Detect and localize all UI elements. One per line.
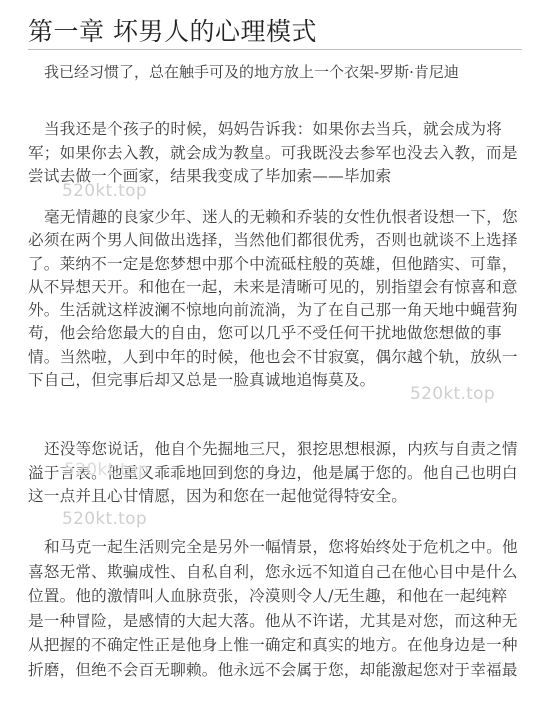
watermark-text: 520kt.top [62,509,147,529]
paragraph-line: 尝试去做一个画家，结果我变成了毕加索——毕加索 [28,165,518,189]
chapter-epigraph: 我已经习惯了，总在触手可及的地方放上一个衣架-罗斯·肯尼迪 [28,60,522,84]
paragraph-line: 溢于言表。他重又乖乖地回到您的身边，他是属于您的。他自己也明白 [28,462,518,486]
paragraph-line: 和马克一起生活则完全是另外一幅情景，您将始终处于危机之中。他 [28,536,518,561]
chapter-page: 第一章 坏男人的心理模式 我已经习惯了，总在触手可及的地方放上一个衣架-罗斯·肯… [28,0,522,84]
paragraph-line: 军；如果你去入教，就会成为教皇。可我既没去参军也没去入教，而是 [28,142,518,166]
paragraph-line: 这一点并且心甘情愿，因为和您在一起他觉得特安全。 [28,485,518,509]
paragraph-line: 从不异想天开。和他在一起，未来是清晰可见的，别指望会有惊喜和意 [28,276,518,299]
paragraph-line: 喜怒无常、欺骗成性、自私自利，您永远不知道自己在他心目中是什么 [28,561,518,586]
paragraph-2: 毫无情趣的良家少年、迷人的无赖和乔装的女性仇恨者设想一下，您 必须在两个男人间做… [28,206,518,392]
paragraph-line: 下自己，但完事后却又总是一脸真诚地追悔莫及。 [28,369,518,392]
paragraph-line: 苟，他会给您最大的自由，您可以几乎不受任何干扰地做您想做的事 [28,322,518,345]
paragraph-line: 外。生活就这样波澜不惊地向前流淌，为了在自己那一角天地中蝇营狗 [28,299,518,322]
paragraph-line: 当我还是个孩子的时候，妈妈告诉我：如果你去当兵，就会成为将 [28,118,518,142]
paragraph-line: 了。莱纳不一定是您梦想中那个中流砥柱般的英雄，但他踏实、可靠， [28,253,518,276]
paragraph-line: 必须在两个男人间做出选择，当然他们都很优秀，否则也就谈不上选择 [28,229,518,252]
title-divider [28,49,522,50]
paragraph-line: 位置。他的激情叫人血脉贲张，冷漠则令人/无生趣，和他在一起纯粹 [28,585,518,610]
paragraph-line: 还没等您说话，他自个先掘地三尺，狠挖思想根源，内疚与自责之情 [28,438,518,462]
paragraph-1: 当我还是个孩子的时候，妈妈告诉我：如果你去当兵，就会成为将 军；如果你去入教，就… [28,118,518,189]
chapter-title: 第一章 坏男人的心理模式 [28,0,522,48]
paragraph-line: 是一种冒险，是感情的大起大落。他从不许诺，尤其是对您，而这种无 [28,610,518,635]
paragraph-line: 折磨，但绝不会百无聊赖。他永远不会属于您，却能激起您对于幸福最 [28,659,518,684]
paragraph-4: 和马克一起生活则完全是另外一幅情景，您将始终处于危机之中。他 喜怒无常、欺骗成性… [28,536,518,684]
paragraph-line: 从把握的不确定性正是他身上惟一确定和真实的地方。在他身边是一种 [28,634,518,659]
paragraph-line: 情。当然啦，人到中年的时候，他也会不甘寂寞，偶尔越个轨，放纵一 [28,346,518,369]
paragraph-line: 毫无情趣的良家少年、迷人的无赖和乔装的女性仇恨者设想一下，您 [28,206,518,229]
paragraph-3: 还没等您说话，他自个先掘地三尺，狠挖思想根源，内疚与自责之情 溢于言表。他重又乖… [28,438,518,509]
